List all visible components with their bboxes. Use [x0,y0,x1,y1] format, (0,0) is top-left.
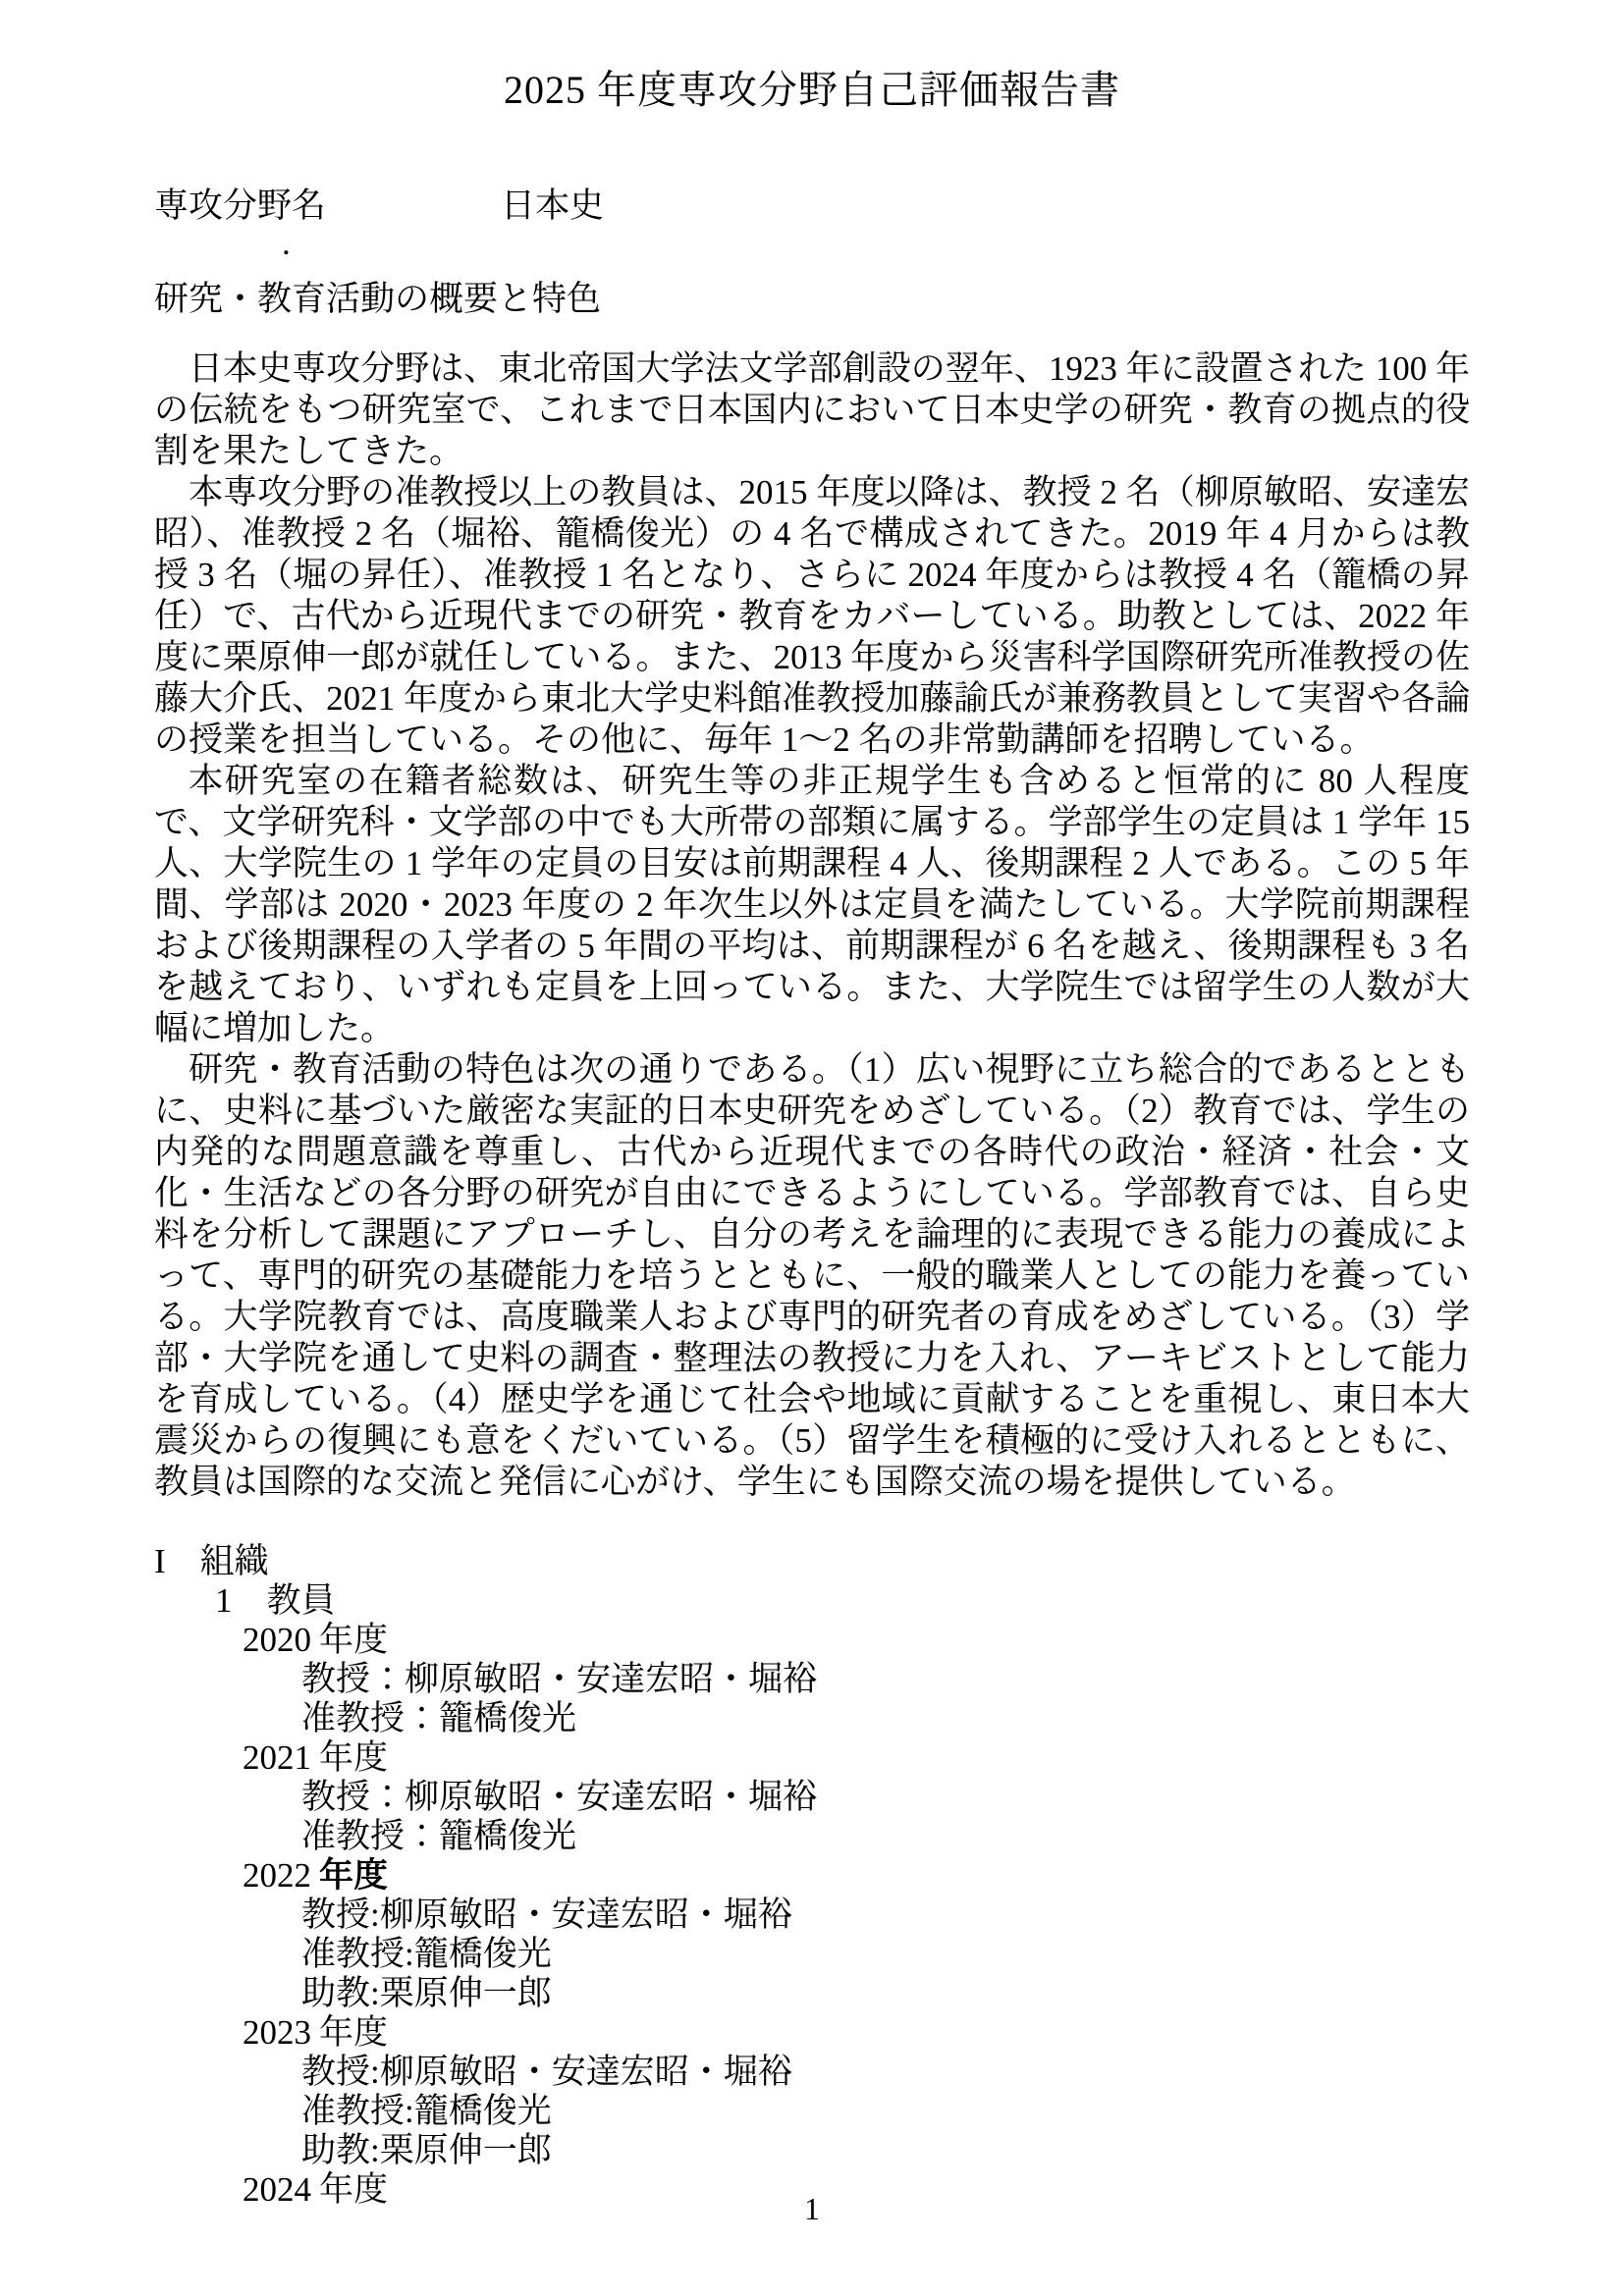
year-heading: 2021年度 [243,1738,1470,1778]
document-content: 2025 年度専攻分野自己評価報告書 専攻分野名日本史 . 研究・教育活動の概要… [154,0,1470,2210]
page-number: 1 [0,2191,1624,2226]
year-suffix: 年度 [319,2013,388,2052]
year-heading: 2020年度 [243,1621,1470,1660]
year-number: 2023 [243,2013,311,2052]
stray-period: . [282,226,291,260]
faculty-member-line: 教授:柳原敏昭・安達宏昭・堀裕 [301,1896,1470,1935]
overview-paragraph: 日本史専攻分野は、東北帝国大学法文学部創設の翌年、1923 年に設置された 10… [154,348,1470,472]
organization-section: I 組織 1 教員 2020年度 教授：柳原敏昭・安達宏昭・堀裕 准教授：籠橋俊… [154,1542,1470,2210]
overview-heading: 研究・教育活動の概要と特色 [154,279,1470,320]
overview-paragraph: 本研究室の在籍者総数は、研究生等の非正規学生も含めると恒常的に 80 人程度で、… [154,761,1470,1049]
faculty-member-line: 教授：柳原敏昭・安達宏昭・堀裕 [301,1660,1470,1699]
report-title: 2025 年度専攻分野自己評価報告書 [154,67,1470,114]
faculty-member-line: 准教授：籠橋俊光 [301,1699,1470,1738]
field-label: 専攻分野名 [154,187,326,225]
overview-paragraph: 本専攻分野の准教授以上の教員は、2015 年度以降は、教授 2 名（柳原敏昭、安… [154,472,1470,761]
field-value: 日本史 [501,187,604,225]
faculty-member-line: 教授：柳原敏昭・安達宏昭・堀裕 [301,1778,1470,1817]
year-suffix: 年度 [319,1738,388,1777]
faculty-member-line: 助教:栗原伸一郎 [301,2131,1470,2170]
year-suffix: 年度 [319,1856,388,1895]
year-number: 2022 [243,1856,311,1895]
year-number: 2020 [243,1621,311,1659]
faculty-subheading: 1 教員 [215,1581,1470,1621]
faculty-member-line: 准教授：籠橋俊光 [301,1817,1470,1856]
faculty-member-line: 准教授:籠橋俊光 [301,2092,1470,2131]
year-heading: 2023年度 [243,2013,1470,2053]
year-heading: 2022年度 [243,1856,1470,1896]
faculty-member-line: 助教:栗原伸一郎 [301,1974,1470,2013]
year-suffix: 年度 [319,1621,388,1659]
faculty-member-line: 教授:柳原敏昭・安達宏昭・堀裕 [301,2053,1470,2092]
organization-heading: I 組織 [154,1542,1470,1581]
field-name-row: 専攻分野名日本史 . [154,185,1470,228]
overview-paragraph: 研究・教育活動の特色は次の通りである。（1）広い視野に立ち総合的であるとともに、… [154,1049,1470,1503]
year-number: 2021 [243,1738,311,1777]
faculty-member-line: 准教授:籠橋俊光 [301,1935,1470,1974]
document-page: 2025 年度専攻分野自己評価報告書 専攻分野名日本史 . 研究・教育活動の概要… [0,0,1624,2296]
